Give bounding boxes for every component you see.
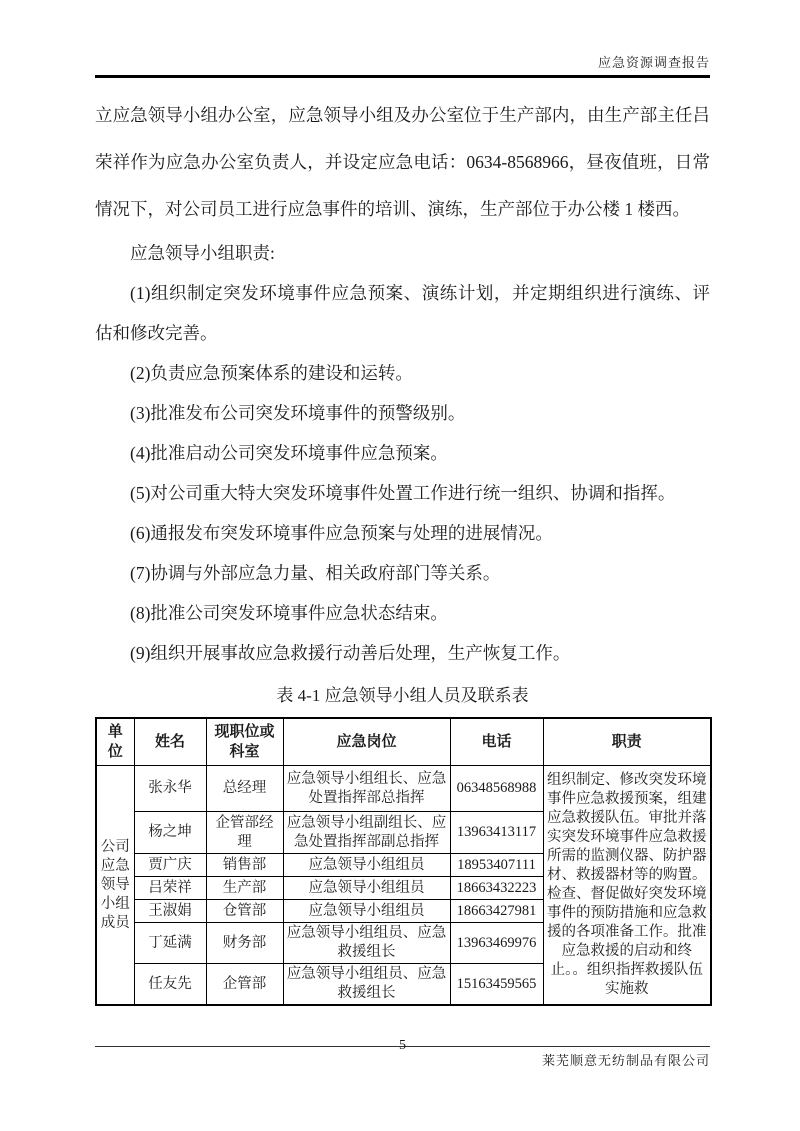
table-header-row: 单位 姓名 现职位或科室 应急岗位 电话 职责 [96, 718, 711, 766]
phone-cell: 13963469976 [450, 923, 543, 964]
col-header-unit: 单位 [96, 718, 134, 766]
name-cell: 贾广庆 [134, 854, 206, 877]
duty-item-4: (4)批准启动公司突发环境事件应急预案。 [95, 433, 710, 473]
duty-item-6: (6)通报发布突发环境事件应急预案与处理的进展情况。 [95, 513, 710, 553]
position-cell: 财务部 [206, 923, 283, 964]
position-cell: 总经理 [206, 766, 283, 812]
duty-item-3: (3)批准发布公司突发环境事件的预警级别。 [95, 393, 710, 433]
role-cell: 应急领导小组组员、应急救援组长 [283, 964, 450, 1006]
position-cell: 销售部 [206, 854, 283, 877]
role-cell: 应急领导小组组员 [283, 900, 450, 923]
contacts-table: 单位 姓名 现职位或科室 应急岗位 电话 职责 公司应急领导小组成员 张永华 总… [95, 717, 712, 1006]
position-cell: 生产部 [206, 877, 283, 900]
role-cell: 应急领导小组组员、应急救援组长 [283, 923, 450, 964]
page-content: 应急资源调查报告 立应急领导小组办公室，应急领导小组及办公室位于生产部内，由生产… [95, 0, 710, 1006]
paragraph-continuation: 立应急领导小组办公室，应急领导小组及办公室位于生产部内，由生产部主任吕荣祥作为应… [95, 92, 710, 233]
phone-cell: 18663432223 [450, 877, 543, 900]
name-cell: 吕荣祥 [134, 877, 206, 900]
col-header-role: 应急岗位 [283, 718, 450, 766]
col-header-phone: 电话 [450, 718, 543, 766]
page-header: 应急资源调查报告 [95, 0, 710, 78]
phone-cell: 13963413117 [450, 812, 543, 854]
name-cell: 王淑娟 [134, 900, 206, 923]
duty-item-2: (2)负责应急预案体系的建设和运转。 [95, 353, 710, 393]
position-cell: 企管部 [206, 964, 283, 1006]
col-header-position: 现职位或科室 [206, 718, 283, 766]
col-header-name: 姓名 [134, 718, 206, 766]
document-page: 应急资源调查报告 立应急领导小组办公室，应急领导小组及办公室位于生产部内，由生产… [0, 0, 800, 1131]
name-cell: 任友先 [134, 964, 206, 1006]
page-number: 5 [399, 1038, 406, 1054]
table-row: 公司应急领导小组成员 张永华 总经理 应急领导小组组长、应急处置指挥部总指挥 0… [96, 766, 711, 812]
footer-company: 莱芜顺意无纺制品有限公司 [542, 1050, 710, 1069]
col-header-duty: 职责 [543, 718, 711, 766]
section-heading: 应急领导小组职责: [95, 233, 710, 273]
table-caption: 表 4-1 应急领导小组人员及联系表 [95, 675, 710, 717]
phone-cell: 06348568988 [450, 766, 543, 812]
duty-cell: 组织制定、修改突发环境事件应急救援预案，组建应急救援队伍。审批并落实突发环境事件… [543, 766, 711, 1006]
role-cell: 应急领导小组组长、应急处置指挥部总指挥 [283, 766, 450, 812]
role-cell: 应急领导小组组员 [283, 877, 450, 900]
body-text: 立应急领导小组办公室，应急领导小组及办公室位于生产部内，由生产部主任吕荣祥作为应… [95, 92, 710, 673]
duty-item-5: (5)对公司重大特大突发环境事件处置工作进行统一组织、协调和指挥。 [95, 473, 710, 513]
phone-cell: 18663427981 [450, 900, 543, 923]
name-cell: 丁延满 [134, 923, 206, 964]
duty-item-8: (8)批准公司突发环境事件应急状态结束。 [95, 593, 710, 633]
name-cell: 杨之坤 [134, 812, 206, 854]
unit-group-cell: 公司应急领导小组成员 [96, 766, 134, 1006]
phone-cell: 18953407111 [450, 854, 543, 877]
header-title: 应急资源调查报告 [95, 52, 710, 75]
duty-item-1: (1)组织制定突发环境事件应急预案、演练计划，并定期组织进行演练、评估和修改完善… [95, 273, 710, 353]
role-cell: 应急领导小组副组长、应急处置指挥部副总指挥 [283, 812, 450, 854]
header-rule [95, 75, 710, 78]
page-footer: 5 莱芜顺意无纺制品有限公司 [95, 1046, 710, 1047]
role-cell: 应急领导小组组员 [283, 854, 450, 877]
phone-cell: 15163459565 [450, 964, 543, 1006]
name-cell: 张永华 [134, 766, 206, 812]
duty-item-7: (7)协调与外部应急力量、相关政府部门等关系。 [95, 553, 710, 593]
duty-item-9: (9)组织开展事故应急救援行动善后处理，生产恢复工作。 [95, 633, 710, 673]
position-cell: 仓管部 [206, 900, 283, 923]
position-cell: 企管部经理 [206, 812, 283, 854]
